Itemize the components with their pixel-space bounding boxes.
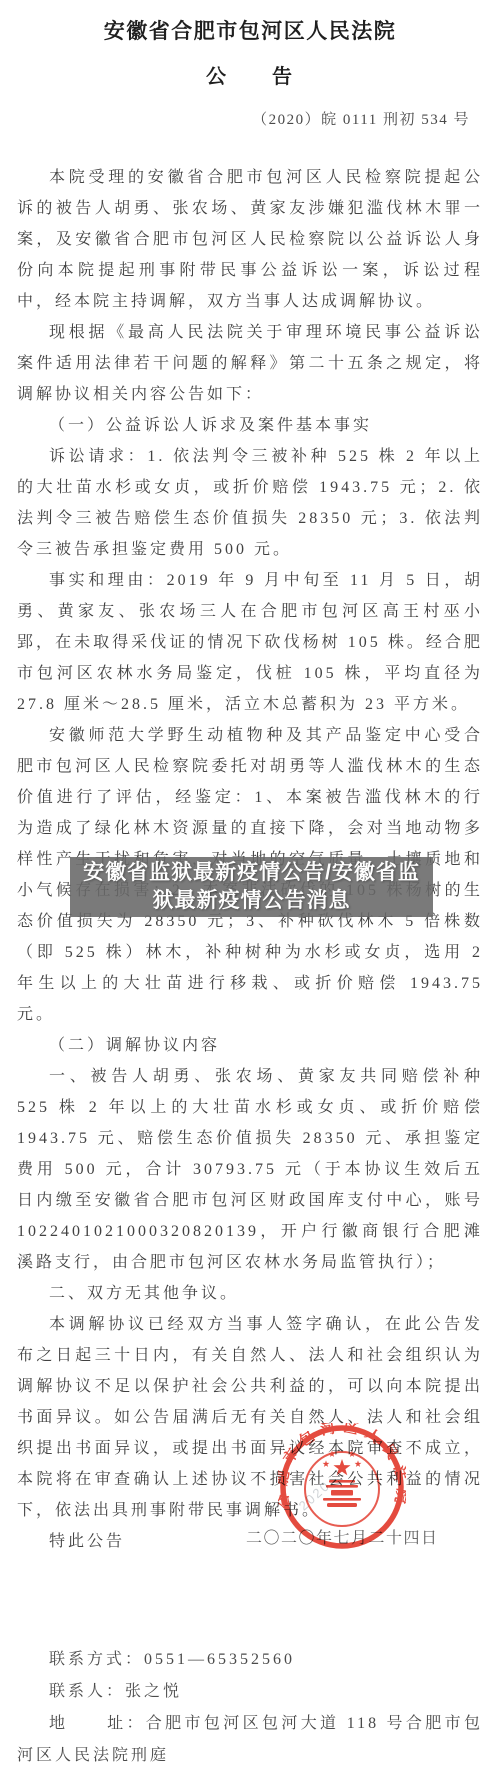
notice-heading: 公 告 bbox=[0, 60, 500, 89]
contact-phone: 联系方式：0551—65352560 bbox=[17, 1644, 483, 1676]
court-announcement-document: 安徽省合肥市包河区人民法院 公 告 （2020）皖 0111 刑初 534 号 … bbox=[0, 0, 500, 1775]
overlay-banner-line1: 安徽省监狱最新疫情公告/安徽省监 bbox=[83, 859, 420, 887]
court-seal-stamp: 合肥市包河区人民法院 bbox=[278, 1423, 406, 1551]
overlay-banner-line2: 狱最新疫情公告消息 bbox=[153, 887, 351, 915]
contact-address: 地 址：合肥市包河区包河大道 118 号合肥市包河区人民法院刑庭 bbox=[17, 1708, 483, 1772]
paragraph: 事实和理由：2019 年 9 月中旬至 11 月 5 日，胡勇、黄家友、张农场三… bbox=[17, 565, 483, 720]
contact-block: 联系方式：0551—65352560 联系人：张之悦 地 址：合肥市包河区包河大… bbox=[17, 1644, 483, 1772]
overlay-banner[interactable]: 安徽省监狱最新疫情公告/安徽省监 狱最新疫情公告消息 bbox=[70, 857, 433, 917]
paragraph: 本院受理的安徽省合肥市包河区人民检察院提起公诉的被告人胡勇、张农场、黄家友涉嫌犯… bbox=[17, 162, 483, 317]
paragraph: 诉讼请求：1. 依法判令三被补种 525 株 2 年以上的大壮苗水杉或女贞，或折… bbox=[17, 441, 483, 565]
paragraph: （二）调解协议内容 bbox=[17, 1030, 483, 1061]
case-number: （2020）皖 0111 刑初 534 号 bbox=[0, 108, 500, 129]
paragraph: （一）公益诉讼人诉求及案件基本事实 bbox=[17, 410, 483, 441]
paragraph: 本调解协议已经双方当事人签字确认，在此公告发布之日起三十日内，有关自然人、法人和… bbox=[17, 1309, 483, 1526]
paragraph: 一、被告人胡勇、张农场、黄家友共同赔偿补种 525 株 2 年以上的大壮苗水杉或… bbox=[17, 1061, 483, 1278]
national-emblem-icon bbox=[323, 1450, 362, 1507]
paragraph: 二、双方无其他争议。 bbox=[17, 1278, 483, 1309]
paragraph: 现根据《最高人民法院关于审理环境民事公益诉讼案件适用法律若干问题的解释》第二十五… bbox=[17, 317, 483, 410]
court-name-title: 安徽省合肥市包河区人民法院 bbox=[0, 0, 500, 45]
seal-graphics: 合肥市包河区人民法院 bbox=[278, 1423, 406, 1546]
contact-person: 联系人：张之悦 bbox=[17, 1676, 483, 1708]
